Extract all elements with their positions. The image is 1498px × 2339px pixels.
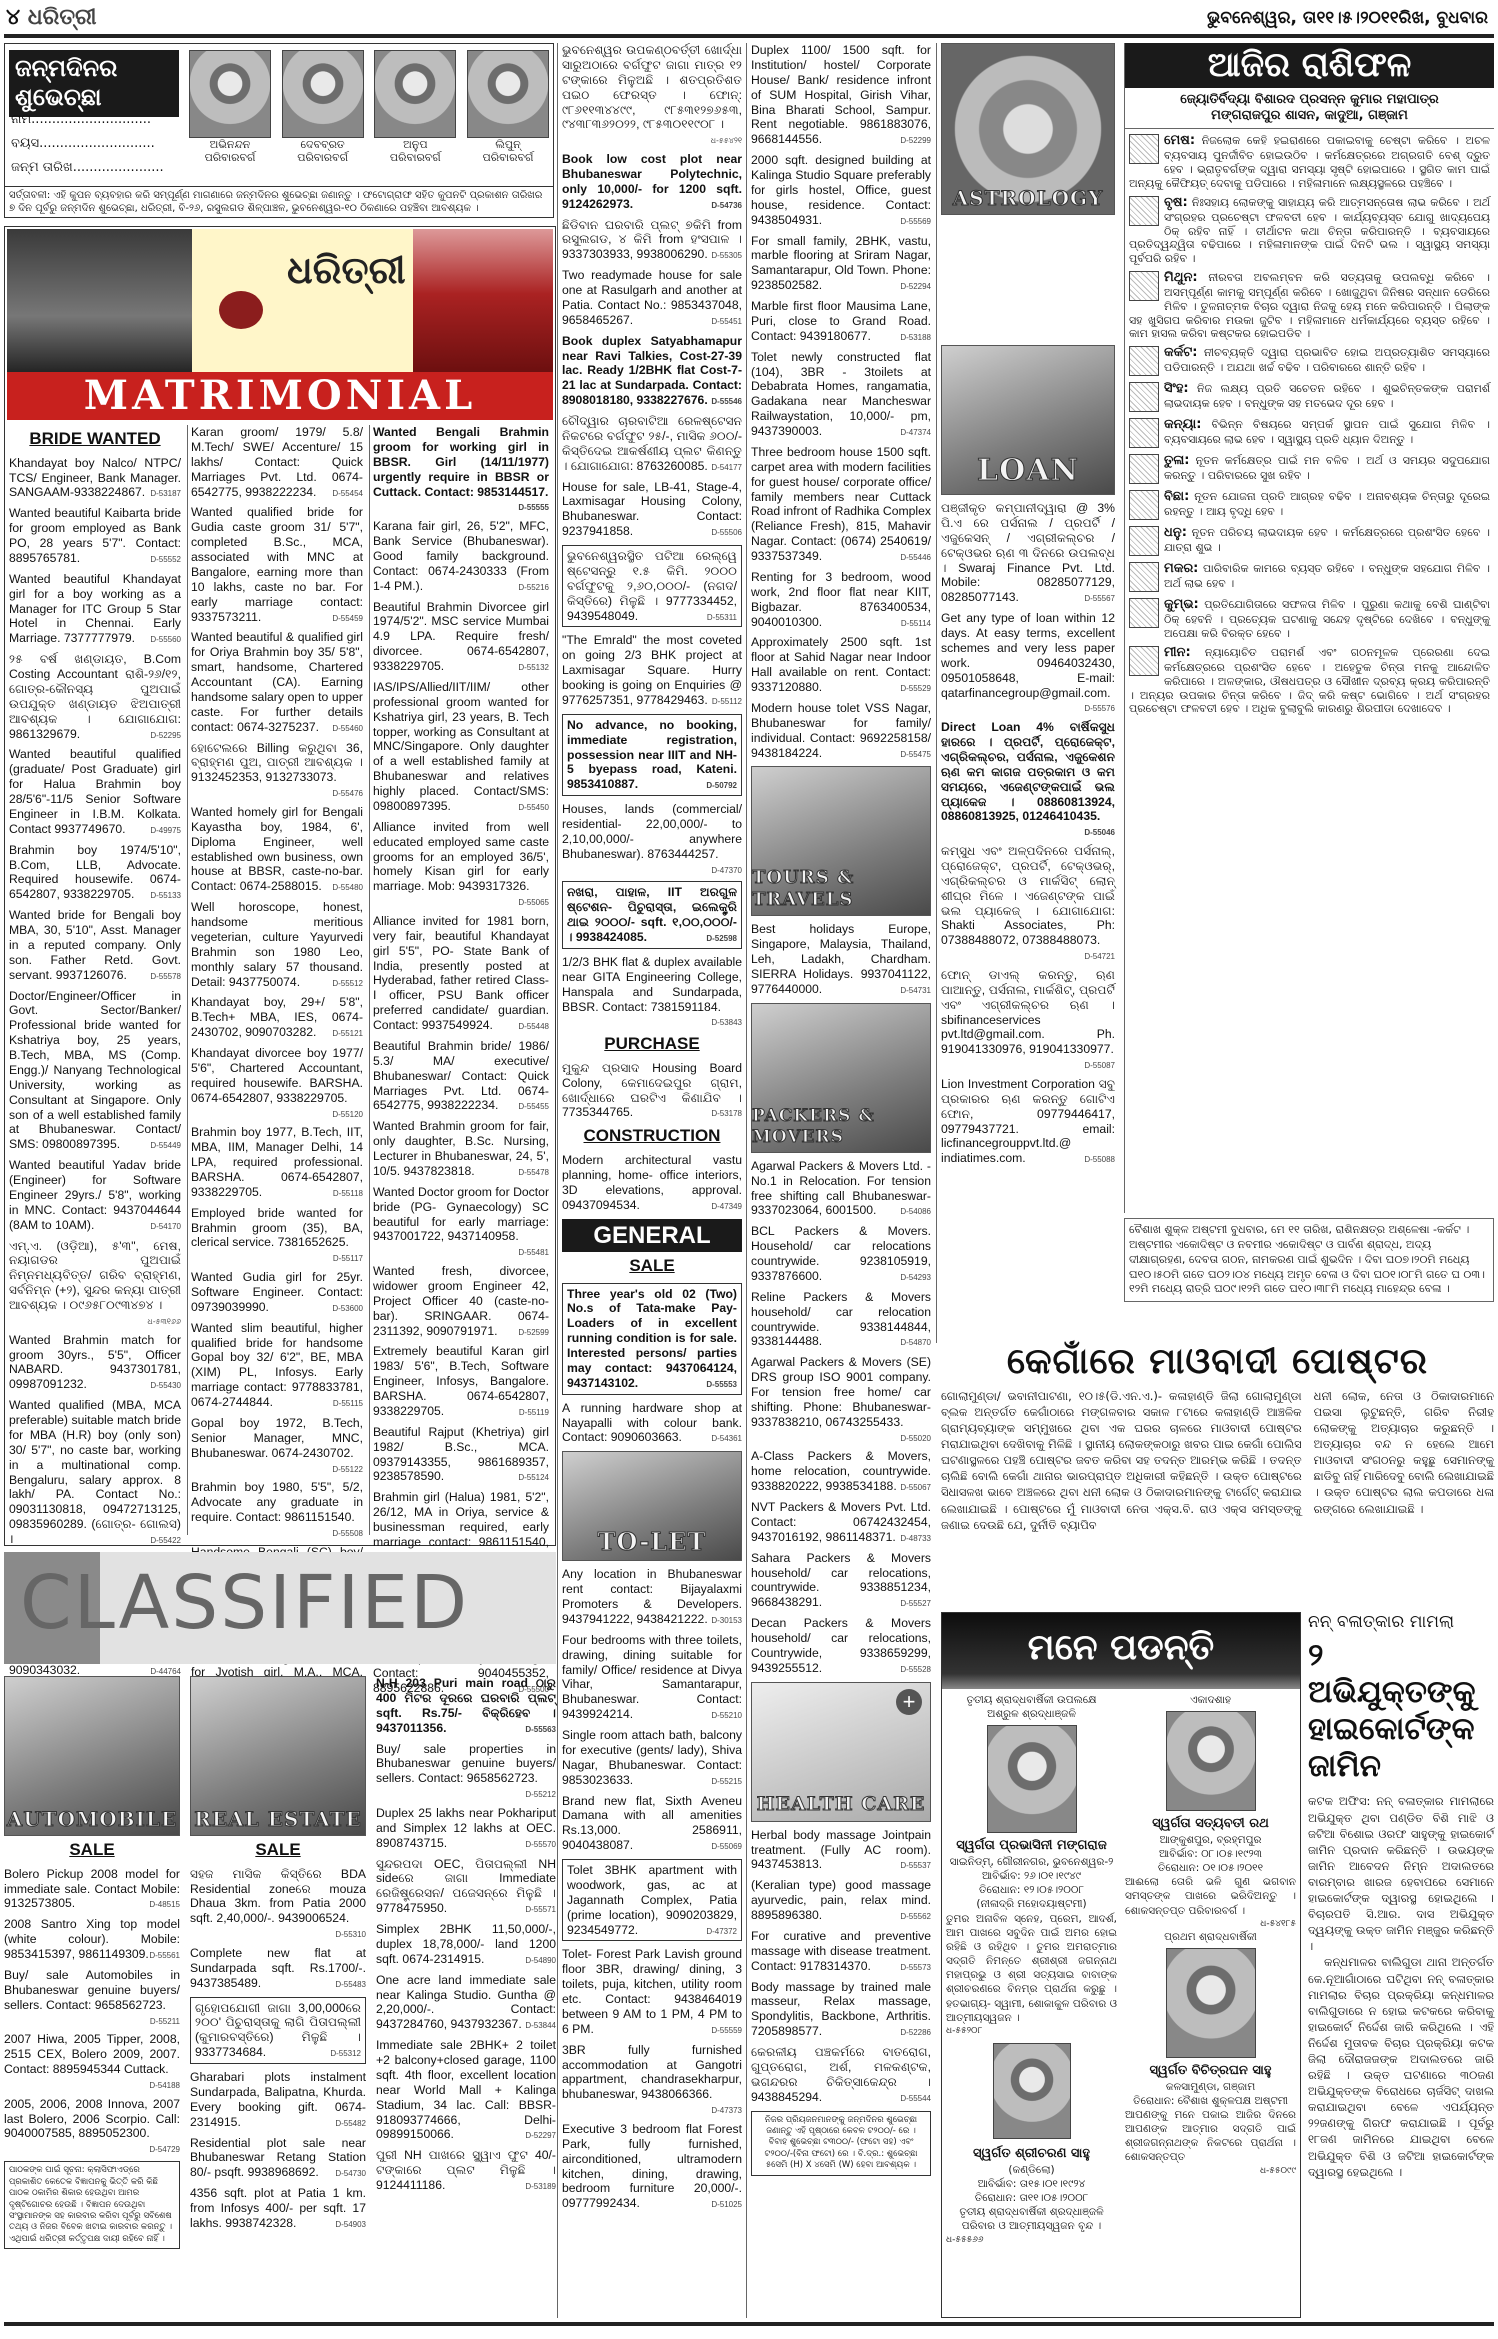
ad-code: D-53188: [900, 333, 931, 343]
person-from: ପରିବାରବର୍ଗ: [189, 151, 271, 164]
ad-code: D-55482: [335, 2119, 366, 2129]
ad-code: D-55508: [332, 1529, 363, 1539]
ad-text: Wanted beautiful & qualified girl for Or…: [191, 630, 363, 733]
zodiac-icon: [1129, 526, 1159, 556]
classified-ad: 3BR fully furnished accommodation at Gan…: [562, 2043, 742, 2116]
ad-code: D-54890: [525, 1956, 556, 1966]
classified-ad: ପଞ୍ଜୀକୃତ କମ୍ପାନୀଦ୍ୱାରା @ 3% ପି.ଏ ରେ ପର୍ସ…: [941, 501, 1115, 605]
ad-code: D-54188: [149, 2081, 180, 2091]
ad-code: D-55119: [519, 1408, 549, 1418]
ad-text: 1/2/3 BHK flat & duplex available near G…: [562, 955, 742, 1014]
ad-code: D-55529: [900, 684, 931, 694]
ad-text: Employed bride wanted for Brahmin groom …: [191, 1206, 363, 1250]
classified-ad: Wanted homely girl for Bengali Kayastha …: [191, 805, 363, 894]
horoscope-sign: ମେଷ: ନିଜଲୋକ କେହି ହଇରାଣରେ ପକାଇବାକୁ ଚେଷ୍ଟା…: [1129, 133, 1490, 191]
ad-text: Four bedrooms with three toilets, drawin…: [562, 1633, 742, 1721]
ad-text: Wanted slim beautiful, higher qualified …: [191, 1321, 363, 1409]
ad-code: D-55046: [1084, 828, 1115, 838]
classified-ad: Wanted beautiful qualified (graduate/ Po…: [9, 747, 181, 836]
ad-code: D-50792: [706, 781, 737, 791]
classified-ad: Bolero Pickup 2008 model for immediate s…: [4, 1867, 180, 1912]
astrology-label: ASTROLOGY: [953, 186, 1104, 214]
ad-text: Three bedroom house 1500 sqft. carpet ar…: [751, 445, 931, 563]
ad-text: Alliance invited for 1981 born, very fai…: [373, 914, 549, 1032]
ad-code: D-55480: [332, 883, 363, 893]
classified-ad: 4356 sqft. plot at Patia 1 km. from Info…: [190, 2186, 366, 2231]
birth-date: ଆବିର୍ଭାବ: ତା୧୫।୦୧।୧୯୨୪: [946, 2177, 1117, 2191]
ad-code: D-55544: [900, 2094, 931, 2104]
ad-text: Karan groom/ 1979/ 5.8/ M.Tech/ SWE/ Acc…: [191, 425, 363, 499]
occasion: ଏକାଦଶାହ: [1125, 1693, 1296, 1707]
person-name: ଦେବବ୍ରତ: [282, 138, 364, 151]
birth-date: ଆବିର୍ଭାବ: ୨୬।୦୧।୧୯୪୯: [946, 1869, 1117, 1883]
ad-code: D-53189: [525, 2182, 556, 2192]
sign-name: କୁମ୍ଭ:: [1164, 597, 1199, 612]
bride-photo: [413, 229, 553, 374]
classified-ad: Wanted Doctor groom for Doctor bride (PG…: [373, 1185, 549, 1258]
classified-ad: Wanted beautiful Yadav bride (Engineer) …: [9, 1158, 181, 1232]
ad-code: D-55512: [332, 979, 363, 989]
ad-code: D-52297: [525, 2131, 556, 2141]
horoscope-section: ଆଜିର ରାଶିଫଳ ଜ୍ୟୋତିର୍ବିଦ୍ୟା ବିଶାରଦ ପ୍ରସନ୍…: [1124, 43, 1494, 1213]
astrologer-byline: ଜ୍ୟୋତିର୍ବିଦ୍ୟା ବିଶାରଦ ପ୍ରସନ୍ନ କୁମାର ମହାପ…: [1125, 88, 1494, 129]
article-headline: କେଗାଁରେ ମାଓବାଦୀ ପୋଷ୍ଟର: [941, 1340, 1494, 1384]
classified-ad: 1/2/3 BHK flat & duplex available near G…: [562, 955, 742, 1028]
wedding-photo: [7, 229, 192, 374]
article-text: କନ୍ଧମାଳର ବାଲିଗୁଡା ଥାନା ଅନ୍ତର୍ଗତ କେ.ନୂଆଗା…: [1308, 1954, 1494, 2179]
deceased-photo: [1166, 1711, 1256, 1811]
classified-ad: Decan Packers & Movers household/ car re…: [751, 1616, 931, 1676]
birthday-coupon: ଜନ୍ମଦିନର ଶୁଭେଚ୍ଛା ନାମ...................…: [4, 43, 554, 218]
ad-code: D-54293: [900, 1273, 931, 1283]
ad-text: Duplex 1100/ 1500 sqft. for Institution/…: [751, 43, 931, 146]
general-heading: GENERAL: [562, 1219, 742, 1252]
sign-prediction: ପ୍ରତିଯୋଗିତାରେ ସଫଳତା ମିଳିବ । ପୁରୁଣା କଥାକୁ…: [1164, 598, 1490, 640]
birthday-title: ଜନ୍ମଦିନର ଶୁଭେଚ୍ଛା: [9, 50, 179, 117]
person-photo: [374, 50, 456, 138]
classified-ad: For curative and preventive massage with…: [751, 1929, 931, 1974]
bride-wanted-column: BRIDE WANTED Khandayat boy Nalco/ NTPC/ …: [9, 425, 181, 1684]
ad-code: D-54870: [900, 1338, 931, 1348]
ad-code: D-47373: [711, 2106, 742, 2116]
classified-ad: Complete new flat at Sundarpada sqft. Rs…: [190, 1946, 366, 1991]
person-photo: [467, 50, 549, 138]
ad-text: Tolet- Forest Park Lavish ground floor 3…: [562, 1947, 742, 2035]
automobile-section: AUTOMOBILE SALE Bolero Pickup 2008 model…: [4, 1676, 180, 2255]
classified-ad: House for sale, LB-41, Stage-4, Laxmisag…: [562, 480, 742, 540]
age-field[interactable]: ବୟସ............................: [11, 132, 164, 156]
classified-ad: Gopal boy 1972, B.Tech, Senior Manager, …: [191, 1416, 363, 1474]
classified-ad: Brand new flat, Sixth Aveneu Damana with…: [562, 1794, 742, 1854]
classified-ad: Buy/ sale properties in Bhubaneswar genu…: [376, 1742, 556, 1800]
ad-code: D-55132: [518, 663, 549, 673]
sign-name: କର୍କଟ:: [1164, 345, 1197, 360]
classified-ad: For small family, 2BHK, vastu, marble fl…: [751, 234, 931, 294]
tithi: (ନୀଳାଦ୍ରି ମହୋଦୟାଷ୍ଟମୀ): [946, 1897, 1117, 1911]
classified-ad: Wanted Brahmin groom for fair, only daug…: [373, 1119, 549, 1179]
deceased-name: ସ୍ୱର୍ଗତା ପ୍ରଭାସିନୀ ମଙ୍ଗରାଜ: [946, 1837, 1117, 1855]
ad-text: IAS/IPS/Allied/IIT/IIM/ other profession…: [373, 680, 549, 813]
matrimonial-section: ଧରିତ୍ରୀ MATRIMONIAL BRIDE WANTED Khanday…: [4, 226, 556, 1546]
birthday-photos: ଅଭିନନ୍ଦନ ପରିବାରବର୍ଗ ଦେବବ୍ରତ ପରିବାରବର୍ଗ ଅ…: [189, 50, 549, 165]
ad-text: 2007 Hiwa, 2005 Tipper, 2008, 2515 CEX, …: [4, 2032, 180, 2076]
ad-code: D-55567: [1084, 594, 1115, 604]
ad-code: D-52294: [900, 282, 931, 292]
packers-movers-image: PACKERS & MOVERS: [751, 1003, 931, 1153]
health-care-image: + HEALTH CARE: [751, 1682, 931, 1822]
zodiac-icon: [1129, 346, 1159, 376]
classified-ad: ସୁନ୍ଦରପଦା OEC, ପିତାପଲ୍ଲୀ NH sideରେ ଜାଗା …: [376, 1857, 556, 1917]
classified-ad: BCL Packers & Movers. Household/ car rel…: [751, 1224, 931, 1284]
ad-code: D-53600: [332, 1304, 363, 1314]
article-headline: ୨ ଅଭିଯୁକ୍ତଙ୍କୁ ହାଇକୋର୍ଟଙ୍କ ଜାମିନ: [1308, 1637, 1494, 1786]
ad-code: D-54736: [711, 201, 742, 211]
ad-code: D-55122: [332, 1465, 363, 1475]
classified-ad: Khandayat divorcee boy 1977/ 5'6", Chart…: [191, 1046, 363, 1119]
death-date: ତିରୋଧାନ: ତା୧୧।୦୫।୨୦୦୮: [946, 2191, 1117, 2205]
matrimonial-column-3: Wanted Bengali Brahmin groom for working…: [373, 425, 549, 1702]
classified-ad: 2005, 2006, 2008 Innova, 2007 last Boler…: [4, 2097, 180, 2155]
ad-text: ୨୫ ବର୍ଷ ଖଣ୍ଡାୟତ, B.Com Costing Accountan…: [9, 652, 181, 740]
ad-list: Bolero Pickup 2008 model for immediate s…: [4, 1867, 180, 2155]
real-estate-image: REAL ESTATE: [190, 1676, 366, 1836]
ad-code: D-48515: [149, 1900, 180, 1910]
classified-ad: Renting for 3 bedroom, wood work, 2nd fl…: [751, 570, 931, 630]
ad-code: D-54903: [335, 2220, 366, 2230]
ad-code: D-55483: [335, 1980, 366, 1990]
classified-ad: Wanted Bengali Brahmin groom for working…: [373, 425, 549, 513]
ad-code: D-53178: [711, 1109, 742, 1119]
person-name: ଲିପୁନ୍: [467, 138, 549, 151]
classified-ad: No advance, no booking, immediate regist…: [562, 714, 742, 796]
classified-ad: Beautiful Rajput (Khetriya) girl 1982/ B…: [373, 1425, 549, 1485]
ad-code: D-55546: [711, 397, 742, 407]
ad-code: D-55311: [707, 613, 737, 623]
classified-ad: Buy/ sale Automobiles in Bhubaneswar gen…: [4, 1968, 180, 2026]
classified-ad: Three bedroom house 1500 sqft. carpet ar…: [751, 445, 931, 564]
death-date: ତିରୋଧାନ: ୦୧।୦୫।୨୦୧୧: [1125, 1861, 1296, 1875]
classified-ad: IAS/IPS/Allied/IIT/IIM/ other profession…: [373, 680, 549, 814]
article-kicker: ନନ୍ ବଳାତ୍କାର ମାମଲା: [1308, 1612, 1494, 1633]
ad-text: Wanted qualified (MBA, MCA preferable) s…: [9, 1398, 181, 1546]
to-let-label: TO-LET: [598, 1527, 707, 1560]
ad-code: D-55210: [711, 1711, 742, 1721]
ad-code: D-55088: [1084, 1155, 1115, 1165]
ad-text: 3BR fully furnished accommodation at Gan…: [562, 2043, 742, 2102]
person-name: ଅନୁପ: [374, 138, 456, 151]
horoscope-sign: ମିଥୁନ: ନୀରବତା ଅବଲମ୍ବନ କରି ସତ୍ୟତାକୁ ଉପଲବ୍…: [1129, 270, 1490, 341]
ad-text: Well horoscope, honest, handsome meritio…: [191, 900, 363, 988]
page-number-masthead: ୪ ଧରିତ୍ରୀ: [6, 4, 97, 31]
classified-ad: Sahara Packers & Movers household/ car r…: [751, 1551, 931, 1611]
sign-name: ବିଛା:: [1164, 489, 1189, 504]
ad-code: D-55087: [1084, 1061, 1115, 1071]
classified-ad: Lion Investment Corporation ସବୁ ପ୍ରକାରର …: [941, 1077, 1115, 1166]
person-card: ଦେବବ୍ରତ ପରିବାରବର୍ଗ: [282, 50, 364, 165]
classified-ad: Doctor/Engineer/Officer in Govt. Sector/…: [9, 989, 181, 1153]
sign-prediction: ବିଭିନ୍ନ ବିଷୟରେ ସମ୍ପର୍କ ସ୍ଥାପନ ପାଇଁ ସୁଯୋଗ…: [1164, 418, 1490, 446]
ad-code: D-55562: [900, 1912, 931, 1922]
ad-text: କମ୍‌ସୁଧ ଏବଂ ଅଳ୍ପଦିନରେ ପର୍ସନାଲ୍, ପ୍ରୋଜେକ୍…: [941, 844, 1115, 947]
dateline: ଭୁବନେଶ୍ୱର, ତା୧୧।୫।୨୦୧୧ରିଖ, ବୁଧବାର: [1207, 8, 1488, 29]
ad-text: Wanted qualified bride for Gudia caste g…: [191, 505, 363, 623]
ad-code: D-55310: [335, 1930, 366, 1940]
horoscope-sign: କର୍କଟ: ନୀଚବ୍ୟକ୍ତି ଦ୍ୱାରା ପ୍ରଭାବିତ ହୋଇ ଅପ…: [1129, 345, 1490, 377]
classified-ad: ଏମ୍.ଏ. (ଓଡ଼ିଆ), ୫'୩", ମେଷ, ନୟାଗଡର ପୁଅପାଇ…: [9, 1239, 181, 1327]
classified-ad: Alliance invited for 1981 born, very fai…: [373, 914, 549, 1033]
classified-ad: ଗୃହୋପଯୋଗୀ ଜାଗା 3,00,000ରେ ୨୦୦' ପିଚୁରାସ୍ତ…: [190, 1997, 366, 2065]
tribute-message: ଆପଣଙ୍କୁ ମନେ ପକାଇ ଆଜିର ଦିନରେ ଆପଣଙ୍କ ଆତ୍ମା…: [1125, 2108, 1296, 2165]
ad-code: D-55422: [150, 1536, 181, 1546]
occasion: ପ୍ରଥମ ଶ୍ରାଦ୍ଧବାର୍ଷିକୀ: [1125, 1930, 1296, 1944]
page-number: ୪: [6, 4, 20, 30]
obituary-box: ମନେ ପଡନ୍ତି ତୃତୀୟ ଶ୍ରାଦ୍ଧବାର୍ଷିକୀ ଉପଲକ୍ଷେ…: [941, 1612, 1301, 2318]
ad-code: ଧ-୫୪୧୮୫: [1125, 1918, 1296, 1930]
classified-ad: ଭୁବନେଶ୍ୱରସ୍ଥିତ ପଟିଆ ରେଲ୍‌ୱେ ଷ୍ଟେସନ୍‌ରୁ ୧…: [562, 545, 742, 627]
sign-name: ମକର:: [1164, 561, 1198, 576]
classified-ad: Direct Loan 4% ବାର୍ଷିକସୁଧ ହାରରେ । ପ୍ରପର୍…: [941, 720, 1115, 838]
ad-code: D-53187: [150, 489, 181, 499]
zodiac-icon: [1129, 382, 1159, 412]
loan-label: LOAN: [977, 453, 1079, 494]
sign-name: ବୃଷ:: [1164, 195, 1188, 210]
ad-list: Khandayat boy Nalco/ NTPC/ TCS/ Engineer…: [9, 456, 181, 1678]
article-body: ଗୋଲାମୁଣ୍ଡା/ ଭବାନୀପାଟଣା, ୧୦।୫(ଡି.ଏନ.ଏ.)- …: [941, 1388, 1494, 1533]
ad-code: D-55481: [518, 1248, 549, 1258]
ad-list: Best holidays Europe, Singapore, Malaysi…: [751, 922, 931, 996]
footer-rule: [4, 2322, 1494, 2326]
to-let-image: TO-LET: [562, 1451, 742, 1561]
sign-name: ତୁଳା:: [1164, 453, 1190, 468]
ad-code: D-55305: [711, 251, 742, 261]
matrimonial-title: MATRIMONIAL: [7, 372, 553, 420]
classified-ad: ଭୁବନେଶ୍ୱର ଉପକଣ୍ଠବର୍ତ୍ତୀ ଖୋର୍ଦ୍ଧା ସାରୁଅଠା…: [562, 43, 742, 146]
classified-ad: A-Class Packers & Movers, home relocatio…: [751, 1449, 931, 1494]
classified-title: CLASSIFIED: [20, 1558, 469, 1648]
sign-prediction: ନୀଚବ୍ୟକ୍ତି ଦ୍ୱାରା ପ୍ରଭାବିତ ହୋଇ ଅପ୍ରତ୍ୟାଶ…: [1164, 346, 1490, 374]
ad-text: Wanted bride for Bengali boy MBA, 30, 5'…: [9, 908, 181, 982]
classified-ad: Wanted qualified bride for Gudia caste g…: [191, 505, 363, 624]
classified-ad: NVT Packers & Movers Pvt. Ltd. Contact: …: [751, 1500, 931, 1545]
classified-ad: N-H 203 Puri main road ଠାରୁ 400 ମିଟର ଦୂର…: [376, 1676, 556, 1736]
ad-code: D-55570: [525, 1840, 556, 1850]
ad-text: Executive 3 bedroom flat Forest Park, fu…: [562, 2122, 742, 2210]
ad-code: D-55454: [332, 489, 363, 499]
deceased-photo: [993, 2043, 1071, 2139]
sign-name: କନ୍ୟା:: [1164, 417, 1201, 432]
birth-date: ଆବିର୍ଭାବ: ୦୮।୦୫।୧୯୨୩: [1125, 1847, 1296, 1861]
classified-ad: Brahmin boy 1980, 5'5", 5/2, Advocate an…: [191, 1480, 363, 1538]
ad-text: 2000 sqft. designed building at Kalinga …: [751, 153, 931, 227]
obituary-right: ଏକାଦଶାହ ସ୍ୱର୍ଗତା ସତ୍ୟବତୀ ରଥ ଆଙ୍କୁଶପୁର, ବ…: [1121, 1689, 1300, 2250]
ad-list: Karan groom/ 1979/ 5.8/ M.Tech/ SWE/ Acc…: [191, 425, 363, 1618]
automobile-image: AUTOMOBILE: [4, 1676, 180, 1836]
panjika-box: ବୈଶାଖ ଶୁକ୍ଳ ଅଷ୍ଟମୀ ବୁଧବାର, ମେ ୧୧ ତାରିଖ, …: [1124, 1218, 1494, 1302]
obituary-columns: ତୃତୀୟ ଶ୍ରାଦ୍ଧବାର୍ଷିକୀ ଉପଲକ୍ଷେ ଅଶ୍ରୁଳ ଶ୍ର…: [942, 1689, 1300, 2250]
ad-code: D-55455: [518, 1102, 549, 1112]
ad-text: Immediate sale 2BHK+ 2 toilet +2 balcony…: [376, 2038, 556, 2141]
classified-ad: Body massage by trained male masseur, Re…: [751, 1980, 931, 2040]
column-divider: [557, 43, 558, 2318]
classified-ad: (Keralian type) good massage ayurvedic, …: [751, 1878, 931, 1923]
dob-field[interactable]: ଜନ୍ମ ତାରିଖ......................: [11, 156, 164, 180]
sign-name: ସିଂହ:: [1164, 381, 1189, 396]
ad-code: D-55506: [711, 528, 742, 538]
ad-code: D-55120: [332, 1110, 363, 1120]
deceased-name: ସ୍ୱର୍ଗତ ବିଚିତ୍ରଘନ ସାହୁ: [1125, 2062, 1296, 2080]
property-column: ଭୁବନେଶ୍ୱର ଉପକଣ୍ଠବର୍ତ୍ତୀ ଖୋର୍ଦ୍ଧା ସାରୁଅଠା…: [562, 43, 742, 2217]
ad-code: ଧ-୫୩୧୬୬: [147, 1317, 181, 1327]
horoscope-sign: ବିଛା: ନୂତନ ଯୋଜନା ପ୍ରତି ଆଗ୍ରହ ବଢିବ । ଅନାବ…: [1129, 489, 1490, 521]
classified-ad: Wanted Gudia girl for 25yr. Software Eng…: [191, 1270, 363, 1315]
birthday-fields: ନାମ............................. ବୟସ....…: [11, 108, 164, 180]
horoscope-sign: ତୁଳା: ନୂତନ କର୍ମକ୍ଷେତ୍ର ପାଇଁ ମନ ବଳିବ । ଅର…: [1129, 453, 1490, 485]
ad-code: D-55115: [333, 1399, 363, 1409]
ad-code: D-52599: [518, 1328, 549, 1338]
classified-ad: Marble first floor Mausima Lane, Puri, c…: [751, 299, 931, 344]
ad-code: D-55459: [332, 614, 363, 624]
classified-ad: ଫୋନ୍ ଡାଏଲ୍ କରନ୍ତୁ, ଋଣ ପାଆନ୍ତୁ, ପର୍ସନାଲ, …: [941, 968, 1115, 1071]
classified-ad: Wanted qualified (MBA, MCA preferable) s…: [9, 1398, 181, 1547]
ad-code: ଧ-୫୫୫୬୬: [946, 2234, 1117, 2246]
deceased-alias: (କଣ୍ଡିଲୋ): [946, 2163, 1117, 2177]
classified-ad: ମୁକୁନ୍ଦ ପ୍ରସାଦ Housing Board Colony, କେମ…: [562, 1061, 742, 1121]
ad-list: Modern architectural vastu planning, hom…: [562, 1153, 742, 1213]
ad-code: D-55476: [332, 789, 363, 799]
ad-text: Tolet newly constructed flat (104), 3BR …: [751, 350, 931, 438]
classified-ad: Extremely beautiful Karan girl 1983/ 5'6…: [373, 1344, 549, 1418]
ad-text: Gopal boy 1972, B.Tech, Senior Manager, …: [191, 1416, 363, 1460]
ad-code: D-55124: [518, 1473, 549, 1483]
matrimonial-banner: ଧରିତ୍ରୀ: [7, 229, 553, 374]
ad-code: D-55537: [900, 1861, 931, 1871]
zodiac-icon: [1129, 562, 1159, 592]
ad-code: D-54361: [711, 1434, 742, 1444]
classified-ad: Employed bride wanted for Brahmin groom …: [191, 1206, 363, 1264]
ad-text: Beautiful Brahmin bride/ 1986/ 5.3/ MA/ …: [373, 1039, 549, 1113]
zodiac-icon: [1129, 646, 1159, 676]
ad-code: D-52295: [150, 731, 181, 741]
zodiac-icon: [1129, 418, 1159, 448]
ad-code: D-51025: [711, 2200, 742, 2210]
ad-text: Karana fair girl, 26, 5'2", MFC, Bank Se…: [373, 519, 549, 593]
classified-ad: A running hardware shop at Nayapalli wit…: [562, 1401, 742, 1446]
ad-code: D-55118: [333, 1189, 363, 1199]
ad-code: D-55117: [333, 1254, 363, 1264]
person-from: ପରିବାରବର୍ଗ: [467, 151, 549, 164]
deceased-name: ସ୍ୱର୍ଗତା ସତ୍ୟବତୀ ରଥ: [1125, 1815, 1296, 1833]
ad-code: D-54731: [900, 986, 931, 996]
article-text-right: ଧନୀ ଲୋକ, ନେତା ଓ ଠିକାଦାରମାନେ ପଇସା ଲୁଟୁଛନ୍…: [1314, 1388, 1494, 1533]
real-estate-section: REAL ESTATE SALE ସହଜ ମାସିକ କିସ୍ତିରେ BDA …: [190, 1676, 366, 2237]
ad-list: ମୁକୁନ୍ଦ ପ୍ରସାଦ Housing Board Colony, କେମ…: [562, 1061, 742, 1121]
ad-text: Alliance invited from well educated empl…: [373, 820, 549, 894]
ad-code: D-55211: [150, 2017, 180, 2027]
ad-text: ଏମ୍.ଏ. (ଓଡ଼ିଆ), ୫'୩", ମେଷ, ନୟାଗଡର ପୁଅପାଇ…: [9, 1239, 181, 1313]
classified-ad: Well horoscope, honest, handsome meritio…: [191, 900, 363, 989]
ad-code: D-55430: [150, 1381, 181, 1391]
ad-text: Doctor/Engineer/Officer in Govt. Sector/…: [9, 989, 181, 1152]
classified-ad: Single room attach bath, balcony for exe…: [562, 1728, 742, 1788]
classified-ad: Tolet 3BHK apartment with woodwork, gas,…: [562, 1859, 742, 1941]
ad-text: Book duplex Satyabhamapur near Ravi Talk…: [562, 334, 742, 408]
person-card: ଲିପୁନ୍ ପରିବାରବର୍ଗ: [467, 50, 549, 165]
bride-wanted-heading: BRIDE WANTED: [9, 429, 181, 450]
classified-ad: ନଖରା, ପାହାଳ, IIT ଅରଗୁଳ ଷ୍ଟେଶନ- ପିଚୁରାସ୍ତ…: [562, 881, 742, 949]
ad-list: Herbal body massage Jointpain treatment.…: [751, 1828, 931, 2105]
ad-list: Wanted Bengali Brahmin groom for working…: [373, 425, 549, 1696]
ad-text: Brahmin boy 1980, 5'5", 5/2, Advocate an…: [191, 1480, 363, 1524]
deceased-name: ସ୍ୱର୍ଗତ ଶ୍ରୀଚରଣ ସାହୁ: [946, 2145, 1117, 2163]
column-divider: [187, 425, 188, 1535]
ad-text: ଭୁବନେଶ୍ୱର ଉପକଣ୍ଠବର୍ତ୍ତୀ ଖୋର୍ଦ୍ଧା ସାରୁଅଠା…: [562, 43, 742, 131]
horoscope-sign: କନ୍ୟା: ବିଭିନ୍ନ ବିଷୟରେ ସମ୍ପର୍କ ସ୍ଥାପନ ପାଇ…: [1129, 417, 1490, 449]
ad-code: D-55571: [525, 1905, 556, 1915]
ad-code: D-53844: [525, 2021, 556, 2031]
purchase-heading: PURCHASE: [562, 1034, 742, 1055]
classified-ad: "The Emrald" the most coveted on going 2…: [562, 633, 742, 707]
classified-ad: Tolet newly constructed flat (104), 3BR …: [751, 350, 931, 439]
classified-ad: କମ୍‌ସୁଧ ଏବଂ ଅଳ୍ପଦିନରେ ପର୍ସନାଲ୍, ପ୍ରୋଜେକ୍…: [941, 844, 1115, 962]
classified-ad: ସହଜ ମାସିକ କିସ୍ତିରେ BDA Residential zoneର…: [190, 1867, 366, 1940]
real-estate-label: REAL ESTATE: [194, 1807, 361, 1835]
tribute-message: ଆଈଲୋ ତୋରି ଭଳି ଗୁଣ ଭଗବାନ ସମସ୍ତଙ୍କ ପାଖରେ ଭ…: [1125, 1875, 1296, 1918]
ad-list: Duplex 1100/ 1500 sqft. for Institution/…: [751, 43, 931, 760]
ad-code: D-55569: [900, 217, 931, 227]
classified-ad: Residential plot sale near Bhubaneswar R…: [190, 2136, 366, 2181]
deceased-address: ସାଇନିଡ୍‌ମ୍, ଗୌରୀନଗର, ଭୁବନେଶ୍ୱର-୨: [946, 1855, 1117, 1869]
health-care-label: HEALTH CARE: [757, 1793, 926, 1820]
ad-code: D-54721: [1084, 952, 1115, 962]
ad-code: D-47349: [711, 1202, 742, 1212]
classified-ad: Beautiful Brahmin Divorcee girl 1974/5'2…: [373, 600, 549, 674]
ad-text: Khandayat divorcee boy 1977/ 5'6", Chart…: [191, 1046, 363, 1105]
ad-code: D-54730: [335, 2169, 366, 2179]
column-divider: [369, 425, 370, 1535]
header-rule: [4, 34, 1494, 38]
ad-text: Best holidays Europe, Singapore, Malaysi…: [751, 922, 931, 996]
obituary-left: ତୃତୀୟ ଶ୍ରାଦ୍ଧବାର୍ଷିକୀ ଉପଲକ୍ଷେ ଅଶ୍ରୁଳ ଶ୍ର…: [942, 1689, 1121, 2250]
ad-code: D-55069: [711, 1842, 742, 1852]
ad-code: D-54177: [711, 463, 742, 473]
horoscope-sign: କୁମ୍ଭ: ପ୍ରତିଯୋଗିତାରେ ସଫଳତା ମିଳିବ । ପୁରୁଣ…: [1129, 597, 1490, 641]
sign-prediction: ନୂତନ ଯୋଜନା ପ୍ରତି ଆଗ୍ରହ ବଢିବ । ଅନାବଶ୍ୟକ ଚ…: [1164, 490, 1490, 518]
ad-code: D-55528: [900, 1665, 931, 1675]
ad-text: Wanted beautiful Khandayat girl for a bo…: [9, 572, 181, 646]
ad-text: Wanted beautiful Yadav bride (Engineer) …: [9, 1158, 181, 1232]
ad-text: Wanted homely girl for Bengali Kayastha …: [191, 805, 363, 893]
classified-ad: Wanted bride for Bengali boy MBA, 30, 5'…: [9, 908, 181, 982]
zodiac-icon: [1129, 490, 1159, 520]
ad-code: D-55215: [711, 1777, 742, 1787]
automobile-label: AUTOMOBILE: [7, 1807, 177, 1835]
ad-code: D-47372: [706, 1927, 737, 1937]
classified-ad: Wanted beautiful Khandayat girl for a bo…: [9, 572, 181, 646]
ad-text: ଭୁବନେଶ୍ୱରସ୍ଥିତ ପଟିଆ ରେଲ୍‌ୱେ ଷ୍ଟେସନ୍‌ରୁ ୧…: [567, 549, 737, 623]
classified-ad: Wanted beautiful Kaibarta bride for groo…: [9, 506, 181, 566]
ad-text: Get any type of loan within 12 days. At …: [941, 611, 1115, 699]
construction-heading: CONSTRUCTION: [562, 1126, 742, 1147]
classified-ad: Book low cost plot near Bhubaneswar Poly…: [562, 152, 742, 212]
classified-ad: Reline Packers & Movers household/ car r…: [751, 1290, 931, 1350]
classified-banner: CLASSIFIED: [4, 1552, 556, 1664]
zodiac-icon: [1129, 271, 1159, 301]
classified-ad: Khandayat boy, 29+/ 5'8", B.Tech+ MBA, I…: [191, 995, 363, 1040]
classified-ad: ଚୌଦ୍ୱାର ଚାରବାଟିଆ ରେଳଷ୍ଟେସନ ନିକଟରେ ବର୍ଗଫୁ…: [562, 414, 742, 474]
ad-text: Buy/ sale Automobiles in Bhubaneswar gen…: [4, 1968, 180, 2012]
horoscope-sign: ବୃଷ: ନିଃସହାୟ ଲୋକଙ୍କୁ ସାହାଯ୍ୟ କରି ଆତ୍ମସନ୍…: [1129, 195, 1490, 266]
name-field[interactable]: ନାମ.............................: [11, 108, 164, 132]
